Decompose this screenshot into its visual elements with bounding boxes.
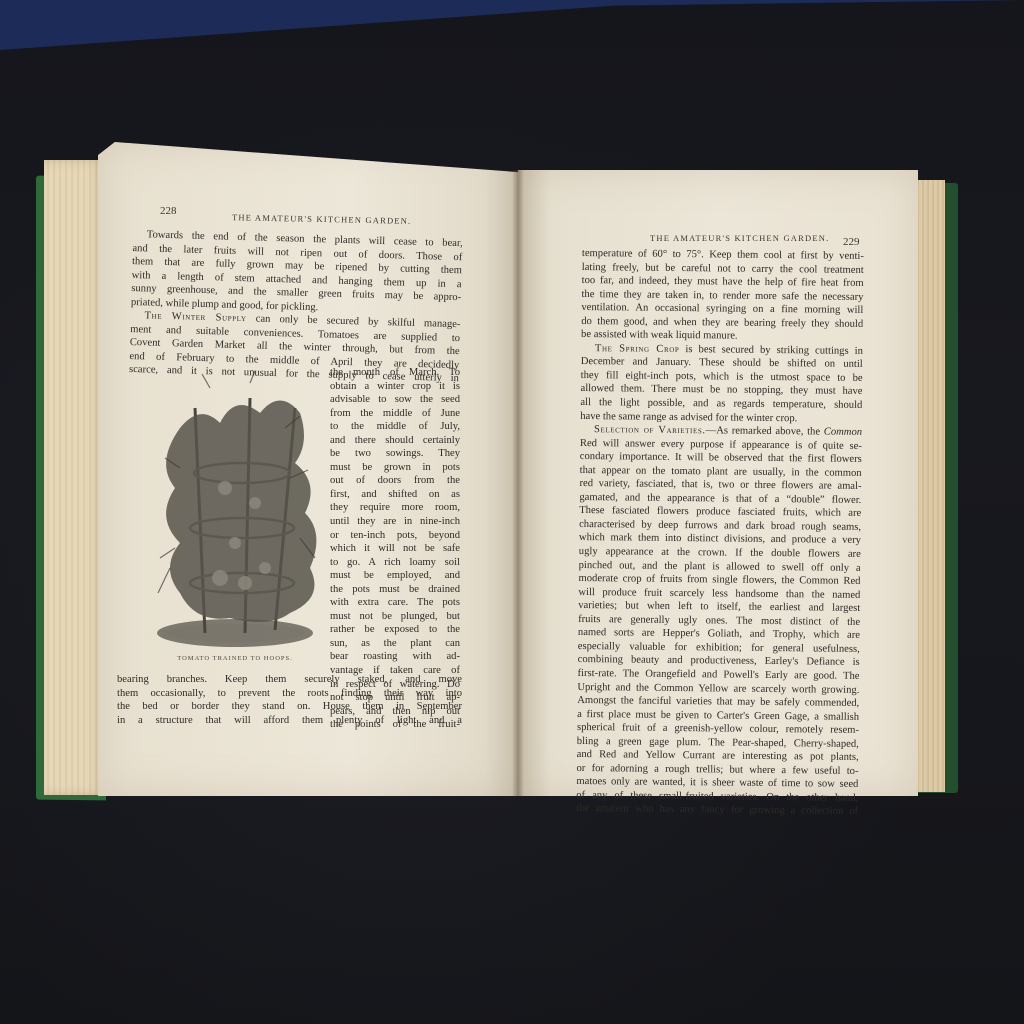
text-line: or ten-inch pots, beyond [330,529,460,543]
text-line: to go. A rich loamy soil [330,556,460,570]
text-line: sun, as the plant can [330,637,460,651]
text-line: must be grown in pots [330,461,460,475]
text-line: be two sowings. They [330,447,460,461]
text-line: first, and shifted on as [330,488,460,502]
text-line: the pots must be drained [330,583,460,597]
tomato-engraving-illustration [150,368,320,653]
text-line: from the middle of June [330,407,460,421]
text-line: advisable to sow the seed [330,393,460,407]
text-line: must be employed, and [330,569,460,583]
left-top-paragraphs: Towards the end of the season the plants… [129,228,463,386]
text-line: the month of March. To [330,366,460,380]
text-line: in a structure that will afford them ple… [117,714,462,728]
text-line: and there should certainly [330,434,460,448]
text-line: which it will not be safe [330,542,460,556]
text-line: to the middle of July, [330,420,460,434]
running-head-right: The Amateur's Kitchen Garden. [650,233,829,243]
text-line: bear roasting with ad- [330,650,460,664]
right-page-text: temperature of 60° to 75°. Keep them coo… [576,247,864,819]
text-line: out of doors from the [330,474,460,488]
book-gutter [512,170,524,796]
page-number-left: 228 [160,205,177,217]
left-bottom-paragraph: bearing branches. Keep them securely sta… [117,673,462,727]
text-line: the bed or border they stand on. House t… [117,700,462,714]
section-heading-varieties: Selection of Varieties. [594,424,706,436]
text-line: until they are in nine-inch [330,515,460,529]
text-line: rather be exposed to the [330,623,460,637]
text-line: must not be plunged, but [330,610,460,624]
section-heading-spring-crop: The Spring Crop [595,343,680,355]
text-line: with extra care. The pots [330,596,460,610]
text-line: they require more room, [330,501,460,515]
text-line: bearing branches. Keep them securely sta… [117,673,462,687]
text-line: obtain a winter crop it is [330,380,460,394]
page-edges-right [915,180,945,792]
tomato-plant-icon [150,368,320,653]
page-number-right: 229 [843,236,860,248]
section-heading-winter-supply: The Winter Supply [144,311,246,325]
figure-caption: Tomato trained to hoops. [155,655,315,662]
text-line: them occasionally, to prevent the roots … [117,687,462,701]
page-edges-left [44,160,104,795]
